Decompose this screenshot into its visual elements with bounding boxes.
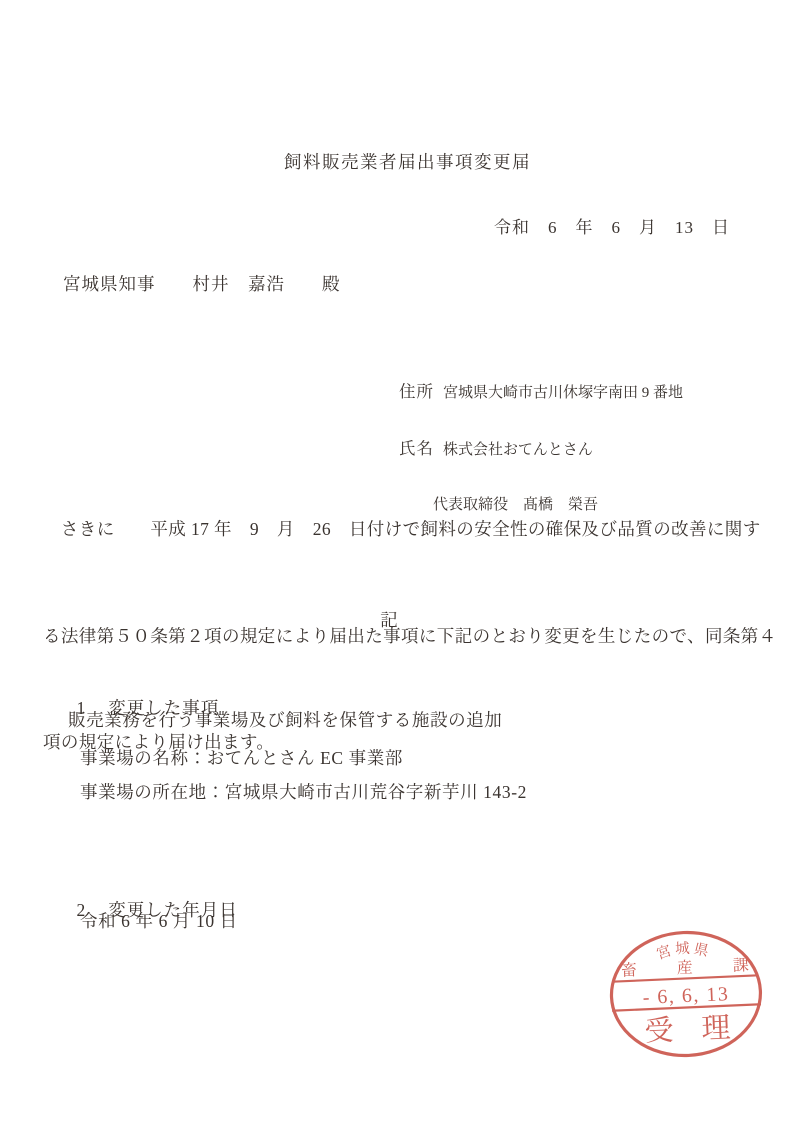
document-title: 飼料販売業者届出事項変更届 xyxy=(284,149,531,174)
stamp-status-text: 受理 xyxy=(644,1011,731,1048)
section-1-line-1: 販売業務を行う事業場及び飼料を保管する施設の追加 xyxy=(68,707,502,732)
record-mark: 記 xyxy=(0,607,778,632)
addressee-line: 宮城県知事 村井 嘉浩 殿 xyxy=(63,271,341,296)
submission-date: 令和 6 年 6 月 13 日 xyxy=(494,213,730,238)
body-line-1: さきに 平成 17 年 9 月 26 日付けで飼料の安全性の確保及び品質の改善に… xyxy=(43,512,765,548)
address-label: 住所 xyxy=(399,381,434,402)
scanned-document-page: 飼料販売業者届出事項変更届 令和 6 年 6 月 13 日 宮城県知事 村井 嘉… xyxy=(0,0,800,1132)
section-1-line-3: 事業場の所在地：宮城県大崎市古川荒谷字新芋川 143-2 xyxy=(80,779,527,804)
section-2-line-1: 令和 6 年 6 月 10 日 xyxy=(80,908,238,933)
submitter-address-row: 住所 宮城県大崎市古川休塚字南田 9 番地 xyxy=(399,381,683,404)
receipt-stamp: 宮城県 畜産課 - 6, 6, 13 受理 xyxy=(603,924,769,1067)
body-paragraph: さきに 平成 17 年 9 月 26 日付けで飼料の安全性の確保及び品質の改善に… xyxy=(43,441,765,832)
section-1-line-2: 事業場の名称：おてんとさん EC 事業部 xyxy=(80,745,403,770)
address-value: 宮城県大崎市古川休塚字南田 9 番地 xyxy=(443,383,683,404)
stamp-date-text: - 6, 6, 13 xyxy=(642,983,730,1009)
